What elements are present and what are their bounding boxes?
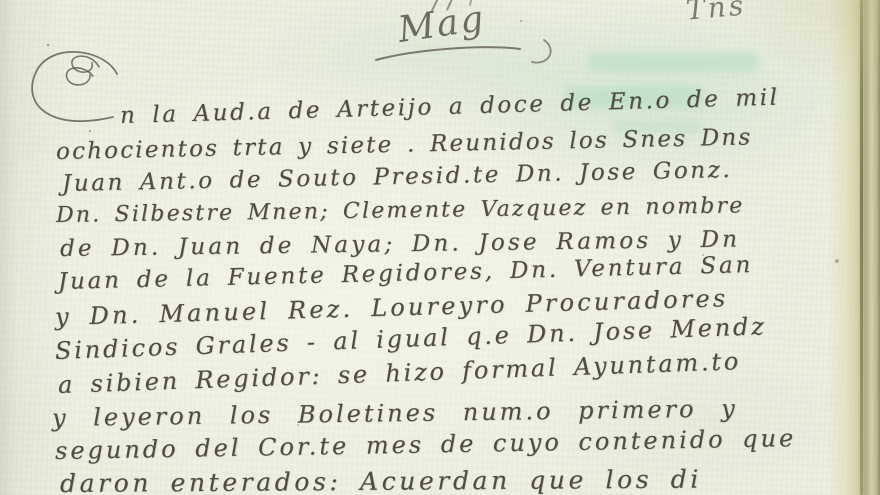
- handwritten-line: Dn. Silbestre Mnen; Clemente Vazquez en …: [56, 193, 745, 228]
- page-corner-shade: [720, 0, 880, 90]
- initial-flourish-e: [20, 44, 130, 136]
- paper-specks: [47, 44, 49, 46]
- handwritten-line: daron enterados: Acuerdan que los di: [60, 465, 702, 495]
- manuscript-page: Mag Tns n la Aud.a de Arteijo a doce de …: [0, 0, 880, 495]
- handwritten-line: Juan Ant.o de Souto Presid.te Dn. Jose G…: [62, 157, 733, 197]
- paraph-swash-stroke: [372, 36, 572, 70]
